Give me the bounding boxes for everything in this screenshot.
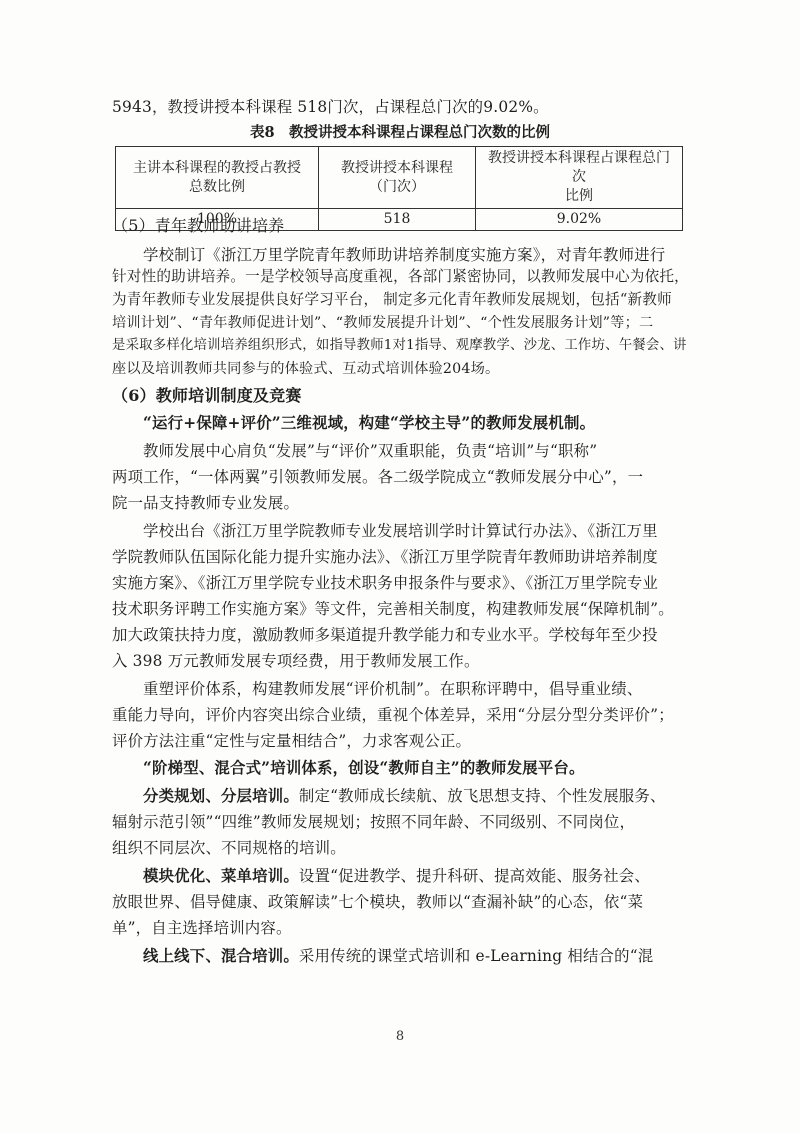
table-header-row: 主讲本科课程的教授占教授 总数比例 教授讲授本科课程 （门次） 教授讲授本科课程… [116, 147, 683, 209]
body-line: 评价方法注重“定性与定量相结合”，力求客观公正。 [112, 731, 471, 751]
paragraph-text: 采用传统的课堂式培训和 e-Learning 相结合的“混 [299, 947, 653, 965]
header-line: 总数比例 [122, 178, 312, 197]
body-line: 模块优化、菜单培训。设置“促进教学、提升科研、提高效能、服务社会、 [112, 866, 650, 886]
body-line: 入 398 万元教师发展专项经费，用于教师发展工作。 [112, 651, 480, 671]
body-line: 分类规划、分层培训。制定“教师成长续航、放飞思想支持、个性发展服务、 [112, 786, 666, 806]
body-line: 重能力导向，评价内容突出综合业绩，重视个体差异，采用“分层分型分类评价”； [112, 705, 674, 725]
paragraph-lead: 线上线下、混合培训。 [143, 947, 299, 965]
header-line: 教授讲授本科课程占课程总门次 [482, 149, 676, 187]
body-line: 重塑评价体系，构建教师发展“评价机制”。在职称评聘中，倡导重业绩、 [112, 679, 642, 699]
body-line: 加大政策扶持力度，激励教师多渠道提升教学能力和专业水平。学校每年至少投 [112, 625, 658, 645]
body-line: 单”，自主选择培训内容。 [112, 918, 292, 938]
header-line: 主讲本科课程的教授占教授 [122, 159, 312, 178]
table-cell: 9.02% [476, 209, 683, 231]
paragraph-lead: 分类规划、分层培训。 [143, 787, 299, 805]
section6-subheading-1: “运行+保障+评价”三维视域，构建“学校主导”的教师发展机制。 [112, 413, 595, 433]
table-header-cell: 教授讲授本科课程 （门次） [319, 147, 476, 209]
page-number: 8 [112, 1029, 688, 1044]
table-header-cell: 主讲本科课程的教授占教授 总数比例 [116, 147, 319, 209]
body-line: 技术职务评聘工作实施方案》等文件，完善相关制度，构建教师发展“保障机制”。 [112, 599, 674, 619]
section6-heading: （6）教师培训制度及竞赛 [112, 386, 302, 406]
body-line: 教师发展中心肩负“发展”与“评价”双重职能，负责“培训”与“职称” [112, 441, 597, 461]
header-line: 比例 [482, 187, 676, 206]
table-caption: 表8 教授讲授本科课程占课程总门次数的比例 [112, 123, 688, 143]
body-line: 座以及培训教师共同参与的体验式、互动式培训体验204场。 [112, 359, 499, 379]
body-line: 组织不同层次、不同规格的培训。 [112, 838, 346, 858]
body-line: 实施方案》、《浙江万里学院专业技术职务申报条件与要求》、《浙江万里学院专业 [112, 573, 658, 593]
body-line: 两项工作，“一体两翼”引领教师发展。各二级学院成立“教师发展分中心”，一 [112, 467, 643, 487]
body-line: 培训计划”、“青年教师促进计划”、“教师发展提升计划”、“个性发展服务计划”等；… [112, 313, 653, 333]
body-line: 针对性的助讲培养。一是学校领导高度重视，各部门紧密协同，以教师发展中心为依托， [112, 267, 689, 287]
body-line: 辐射示范引领”“四维”教师发展规划；按照不同年龄、不同级别、不同岗位， [112, 812, 635, 832]
body-line: 为青年教师专业发展提供良好学习平台， 制定多元化青年教师发展规划，包括“新教师 [112, 290, 672, 310]
table-header-cell: 教授讲授本科课程占课程总门次 比例 [476, 147, 683, 209]
table-cell: 518 [319, 209, 476, 231]
paragraph-text: 设置“促进教学、提升科研、提高效能、服务社会、 [299, 867, 650, 885]
paragraph-lead: 模块优化、菜单培训。 [143, 867, 299, 885]
body-line: 放眼世界、倡导健康、政策解读”七个模块，教师以“查漏补缺”的心态，依“菜 [112, 892, 643, 912]
body-line: 学校出台《浙江万里学院教师专业发展培训学时计算试行办法》、《浙江万里 [112, 521, 658, 541]
body-line: 学院教师队伍国际化能力提升实施办法》、《浙江万里学院青年教师助讲培养制度 [112, 547, 658, 567]
header-line: 教授讲授本科课程 [325, 159, 469, 178]
paragraph-text: 制定“教师成长续航、放飞思想支持、个性发展服务、 [299, 787, 666, 805]
body-line: 学校制订《浙江万里学院青年教师助讲培养制度实施方案》，对青年教师进行 [112, 245, 665, 265]
header-line: （门次） [325, 178, 469, 197]
body-line: 院一品支持教师专业发展。 [112, 493, 299, 513]
intro-line: 5943，教授讲授本科课程 518门次，占课程总门次的9.02%。 [112, 97, 549, 117]
section6-subheading-2: “阶梯型、混合式”培训体系，创设“教师自主”的教师发展平台。 [112, 758, 585, 778]
document-page: 5943，教授讲授本科课程 518门次，占课程总门次的9.02%。 表8 教授讲… [112, 0, 688, 1133]
body-line: 是采取多样化培训培养组织形式，如指导教师1对1指导、观摩教学、沙龙、工作坊、午餐… [112, 336, 687, 356]
section5-heading: （5）青年教师助讲培养 [112, 216, 284, 236]
body-line: 线上线下、混合培训。采用传统的课堂式培训和 e-Learning 相结合的“混 [112, 946, 653, 966]
